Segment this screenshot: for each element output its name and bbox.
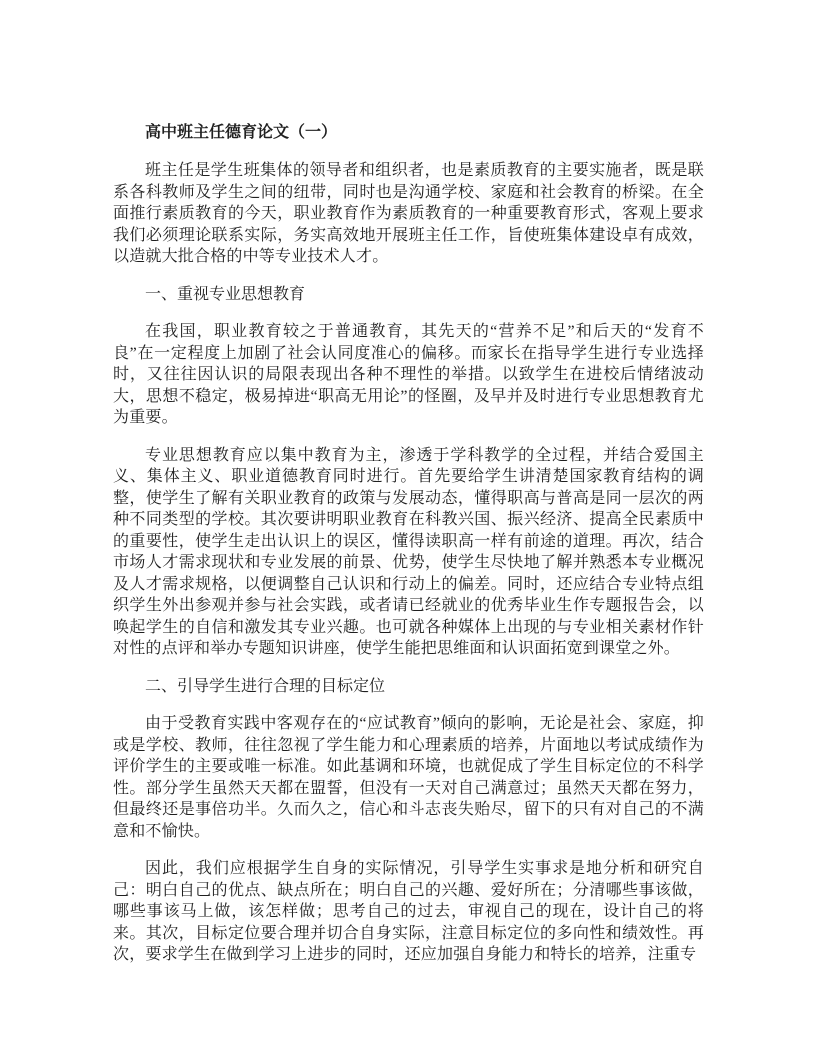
section-heading-1: 一、重视专业思想教育 [113, 284, 704, 306]
document-page: 高中班主任德育论文（一） 班主任是学生班集体的领导者和组织者，也是素质教育的主要… [0, 0, 816, 1056]
paragraph-section2-b: 因此，我们应根据学生自身的实际情况，引导学生实事求是地分析和研究自己：明白自己的… [113, 858, 704, 966]
paragraph-section2-a: 由于受教育实践中客观存在的“应试教育”倾向的影响，无论是社会、家庭，抑或是学校、… [113, 713, 704, 842]
paragraph-section1-b: 专业思想教育应以集中教育为主，渗透于学科教学的全过程，并结合爱国主义、集体主义、… [113, 445, 704, 660]
paragraph-section1-a: 在我国，职业教育较之于普通教育，其先天的“营养不足”和后天的“发育不良”在一定程… [113, 321, 704, 429]
paragraph-intro: 班主任是学生班集体的领导者和组织者，也是素质教育的主要实施者，既是联系各科教师及… [113, 160, 704, 268]
section-heading-2: 二、引导学生进行合理的目标定位 [113, 676, 704, 698]
document-title: 高中班主任德育论文（一） [113, 122, 704, 144]
